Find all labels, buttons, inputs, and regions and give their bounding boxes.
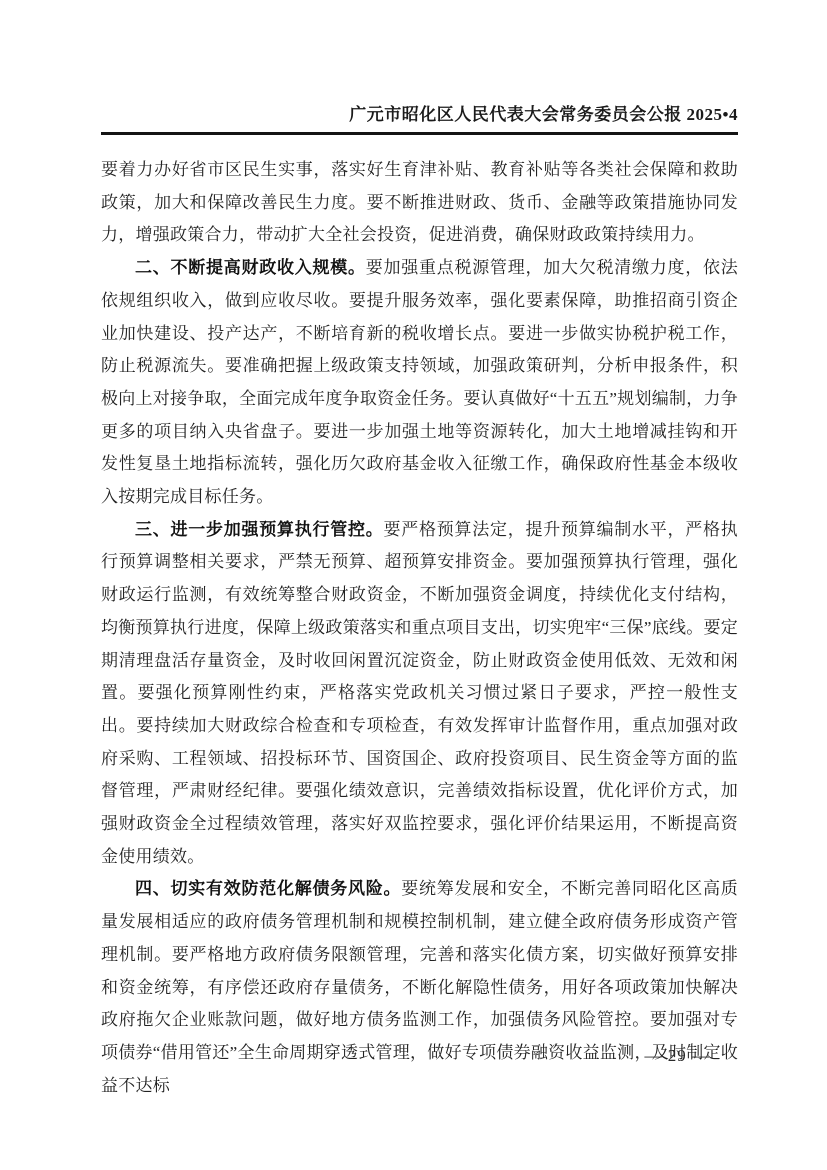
paragraph: 四、切实有效防范化解债务风险。要统筹发展和安全，不断完善同昭化区高质量发展相适应…	[101, 873, 738, 1102]
bulletin-title: 广元市昭化区人民代表大会常务委员会公报 2025•4	[349, 105, 738, 124]
paragraph-heading: 三、进一步加强预算执行管控。	[135, 520, 384, 539]
paragraph-text: 要加强重点税源管理，加大欠税清缴力度，依法依规组织收入，做到应收尽收。要提升服务…	[101, 258, 738, 506]
paragraph-heading: 二、不断提高财政收入规模。	[135, 258, 366, 277]
paragraph: 三、进一步加强预算执行管控。要严格预算法定，提升预算编制水平，严格执行预算调整相…	[101, 514, 738, 874]
paragraph: 二、不断提高财政收入规模。要加强重点税源管理，加大欠税清缴力度，依法依规组织收入…	[101, 252, 738, 514]
document-page: 广元市昭化区人民代表大会常务委员会公报 2025•4 要着力办好省市区民生实事，…	[0, 0, 827, 1170]
paragraph-heading: 四、切实有效防范化解债务风险。	[135, 879, 401, 898]
paragraph-text: 要着力办好省市区民生实事，落实好生育津补贴、教育补贴等各类社会保障和救助政策，加…	[101, 160, 738, 244]
document-body: 要着力办好省市区民生实事，落实好生育津补贴、教育补贴等各类社会保障和救助政策，加…	[101, 154, 738, 1102]
paragraph: 要着力办好省市区民生实事，落实好生育津补贴、教育补贴等各类社会保障和救助政策，加…	[101, 154, 738, 252]
page-footer: — 29 —	[101, 1046, 710, 1066]
page-header: 广元市昭化区人民代表大会常务委员会公报 2025•4	[101, 100, 738, 135]
paragraph-text: 要严格预算法定，提升预算编制水平，严格执行预算调整相关要求，严禁无预算、超预算安…	[101, 520, 738, 866]
page-number: — 29 —	[645, 1046, 711, 1065]
